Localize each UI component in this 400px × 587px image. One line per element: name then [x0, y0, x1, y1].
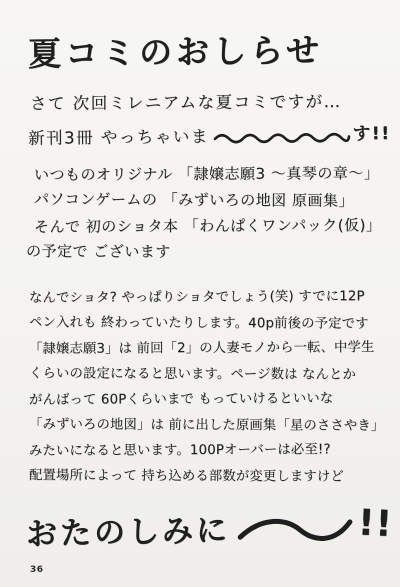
detail-line: みたいになると思います。100Pオーバーは必至!?	[29, 437, 380, 464]
intro-line: さて 次回ミレニアムな夏コミですが…	[30, 88, 380, 114]
new-books-text: 新刊3冊 やっちゃいま	[28, 122, 209, 148]
page-number: 36	[30, 565, 44, 575]
book-list: いつものオリジナル 「隷嬢志願3 〜真琴の章〜」 パソコンゲームの 「みずいろの…	[34, 161, 380, 265]
wavy-line-icon	[213, 127, 351, 144]
book-line: いつものオリジナル 「隷嬢志願3 〜真琴の章〜」	[34, 160, 380, 188]
closing-line: おたのしみに !!	[26, 501, 381, 553]
detail-line: ペン入れも 終わっていたりします。40p前後の予定です	[29, 310, 380, 337]
book-line: パソコンゲームの 「みずいろの地図 原画集」	[34, 186, 380, 214]
details-paragraph: なんでショタ? やっぱりショタでしょう(笑) すでに12P ペン入れも 終わって…	[29, 285, 380, 489]
new-books-line: 新刊3冊 やっちゃいま す!!	[28, 120, 380, 149]
scanned-page: 夏コミのおしらせ さて 次回ミレニアムな夏コミですが… 新刊3冊 やっちゃいま …	[0, 0, 400, 587]
closing-text: おたのしみに	[26, 504, 231, 553]
book-line: そんで 初のショタ本 「わんぱくワンパック(仮)」	[34, 212, 380, 240]
detail-line: 「みずいろの地図」は 前に出した原画集「星のささやき」	[29, 412, 380, 439]
detail-line: 配置場所によって 持ち込める部数が変更しますけど	[29, 463, 380, 490]
book-line: の予定で ございます	[26, 238, 380, 266]
detail-line: なんでショタ? やっぱりショタでしょう(笑) すでに12P	[29, 284, 380, 311]
page-title: 夏コミのおしらせ	[28, 24, 381, 76]
detail-line: 「隷嬢志願3」は 前回「2」の人妻モノから一転、中学生	[29, 335, 380, 362]
new-books-suffix: す!!	[353, 120, 391, 145]
detail-line: くらいの設定になると思います。ページ数は なんとか	[29, 361, 380, 388]
closing-exclamation: !!	[357, 503, 394, 546]
detail-line: がんばって 60Pくらいまで もっていけるといいな	[29, 386, 380, 413]
big-tilde-icon	[236, 512, 355, 548]
